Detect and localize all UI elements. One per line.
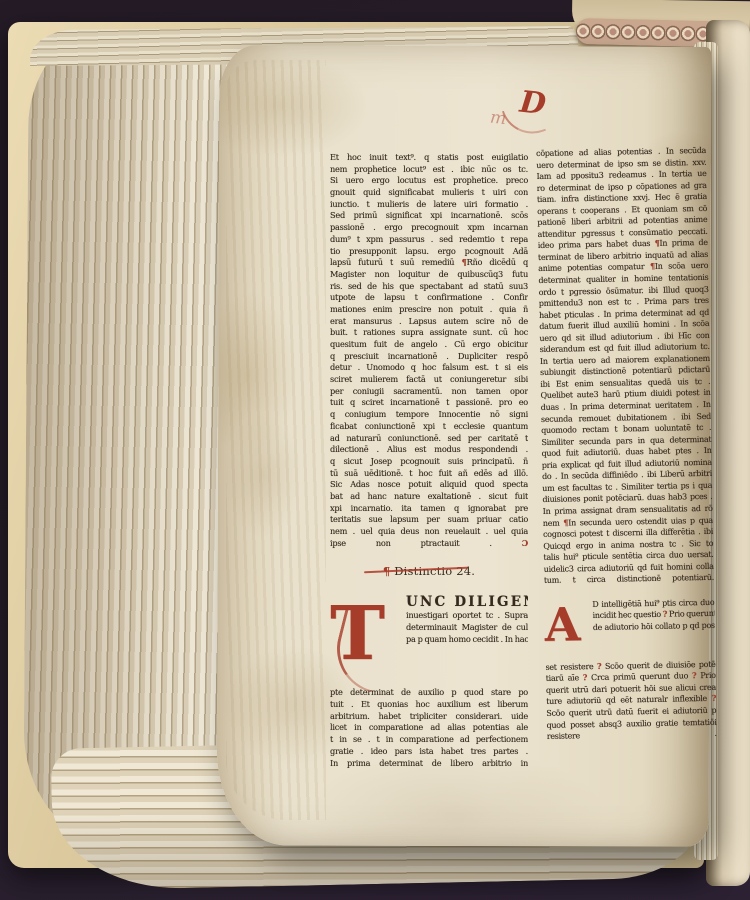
text-column-right: cōpatione ad alias potentias . In secūda… xyxy=(536,145,717,743)
text-line: nem prophetice locut⁹ est . ibic nūc os … xyxy=(330,164,528,176)
text-line: mationes enim prescire non potuit . quia… xyxy=(330,304,528,316)
text-line: inuestigari oportet tc . Supra xyxy=(406,610,528,622)
text-line: tū suā uēditionē. t hoc fuit añ edēs ad … xyxy=(330,468,528,480)
text-line: bat ad hanc nature exaltationē . sicut f… xyxy=(330,491,528,503)
text-line: q sicut Josep pcognouit suis principatū.… xyxy=(330,456,528,468)
text-line: lapsū futurū t suū remediū ¶Rño dicēdū q xyxy=(330,257,528,269)
text-line: gratie . ideo pars ista habet tres parte… xyxy=(330,746,528,758)
right-section-ad: A D intelligētiā hui⁹ ptis circa duoinci… xyxy=(544,597,717,743)
text-line: buit. t rationes supra assignate sunt. c… xyxy=(330,327,528,339)
text-line: quesitum fuit de angelo . Cū ergo obicit… xyxy=(330,339,528,351)
text-line: tio presupponit lapsu. ergo pcognouit Ad… xyxy=(330,246,528,258)
text-line: Sed primū significat xpi incarnationē. s… xyxy=(330,210,528,222)
text-line: pa p quam homo cecidit . In hac xyxy=(406,634,528,646)
text-line: tuit q sciret incarnationē t passionē. p… xyxy=(330,397,528,409)
text-line: determinauit Magister de cul xyxy=(406,622,528,634)
lombard-initial-a: A xyxy=(544,599,593,662)
text-line: per coniugii sacramentū. non tamen opor xyxy=(330,386,528,398)
text-line: tuit . Et quonias hoc auxilium est liber… xyxy=(330,699,528,711)
text-line: ipse non ptractauit . Ɔ xyxy=(330,538,528,550)
right-column-lines: cōpatione ad alias potentias . In secūda… xyxy=(536,145,714,587)
text-line: In prima determinat de libero arbitrio i… xyxy=(330,758,528,770)
photo-of-open-incunabulum: { "colors":{ "background":"#251c27","pap… xyxy=(0,0,750,900)
text-line: pte determinat de auxilio p quod stare p… xyxy=(330,687,528,699)
text-line: dilectionē . Alius est modus respondendi… xyxy=(330,444,528,456)
text-line: q presciuit incarnationē . Dupliciter re… xyxy=(330,351,528,363)
text-line: arbitrium. habet tripliciter considerari… xyxy=(330,711,528,723)
text-line: Et hoc inuit text⁹. q statis post euigil… xyxy=(330,152,528,164)
text-line: nem . uel quia deus non reuelauit . uel … xyxy=(330,526,528,538)
left-column-lines: Et hoc inuit text⁹. q statis post euigil… xyxy=(330,152,528,549)
text-line: Magister non loquitur de quibuscūq3 futu xyxy=(330,269,528,281)
display-caps-line: UNC DILIGENTER xyxy=(406,595,528,610)
text-line: iunctio. t mulieris de latere uiri forma… xyxy=(330,199,528,211)
text-line: Sic Adas nosce potuit aliquid quod spect… xyxy=(330,479,528,491)
text-line: xpi incarnatio. ita tamen q ignorabat pr… xyxy=(330,503,528,515)
text-line: de adiutorio hōi collato p qd pos xyxy=(593,620,715,634)
text-line: erat mansurus . Lapsus autem scire nō de xyxy=(330,316,528,328)
text-line: dum⁹ t xpm passurus . sed redemtio t rep… xyxy=(330,234,528,246)
text-line: licet in comparatione ad alias potentias… xyxy=(330,722,528,734)
text-line: detur . Unomodo q hoc falsum est. t si e… xyxy=(330,362,528,374)
text-line: ficabat coniunctionē xpi t ecclesie quan… xyxy=(330,421,528,433)
text-line: utpote de lapsu t confirmatione . Confir xyxy=(330,292,528,304)
text-line: sciret mulierem factā ut coniungeretur s… xyxy=(330,374,528,386)
text-line: passionē . ergo precognouit xpm incarnan xyxy=(330,222,528,234)
text-line: tum. t circa distinctionē potentiarū. xyxy=(544,572,714,587)
text-line: ad naturarū coniunctionē. sed per carita… xyxy=(330,433,528,445)
right-section-body-lines: set resistere ? Scōo querit de diuisiōe … xyxy=(545,659,716,743)
text-line: teritatis sue lapsum per suam priuar cat… xyxy=(330,514,528,526)
text-line: ris. sed de his que spectabant ad statū … xyxy=(330,281,528,293)
left-section-body-lines: pte determinat de auxilio p quod stare p… xyxy=(330,687,528,769)
text-line: t in se . t in comparatione ad perfectio… xyxy=(330,734,528,746)
text-line: q coniugium tempore Innocentie nō signi xyxy=(330,409,528,421)
distinctio-heading: ¶ Distinctio 24. xyxy=(330,564,528,578)
text-line: gnouit quid significabat mulieris t uiri… xyxy=(330,187,528,199)
text-line: Si uero ergo locutus est prophetice. pre… xyxy=(330,175,528,187)
